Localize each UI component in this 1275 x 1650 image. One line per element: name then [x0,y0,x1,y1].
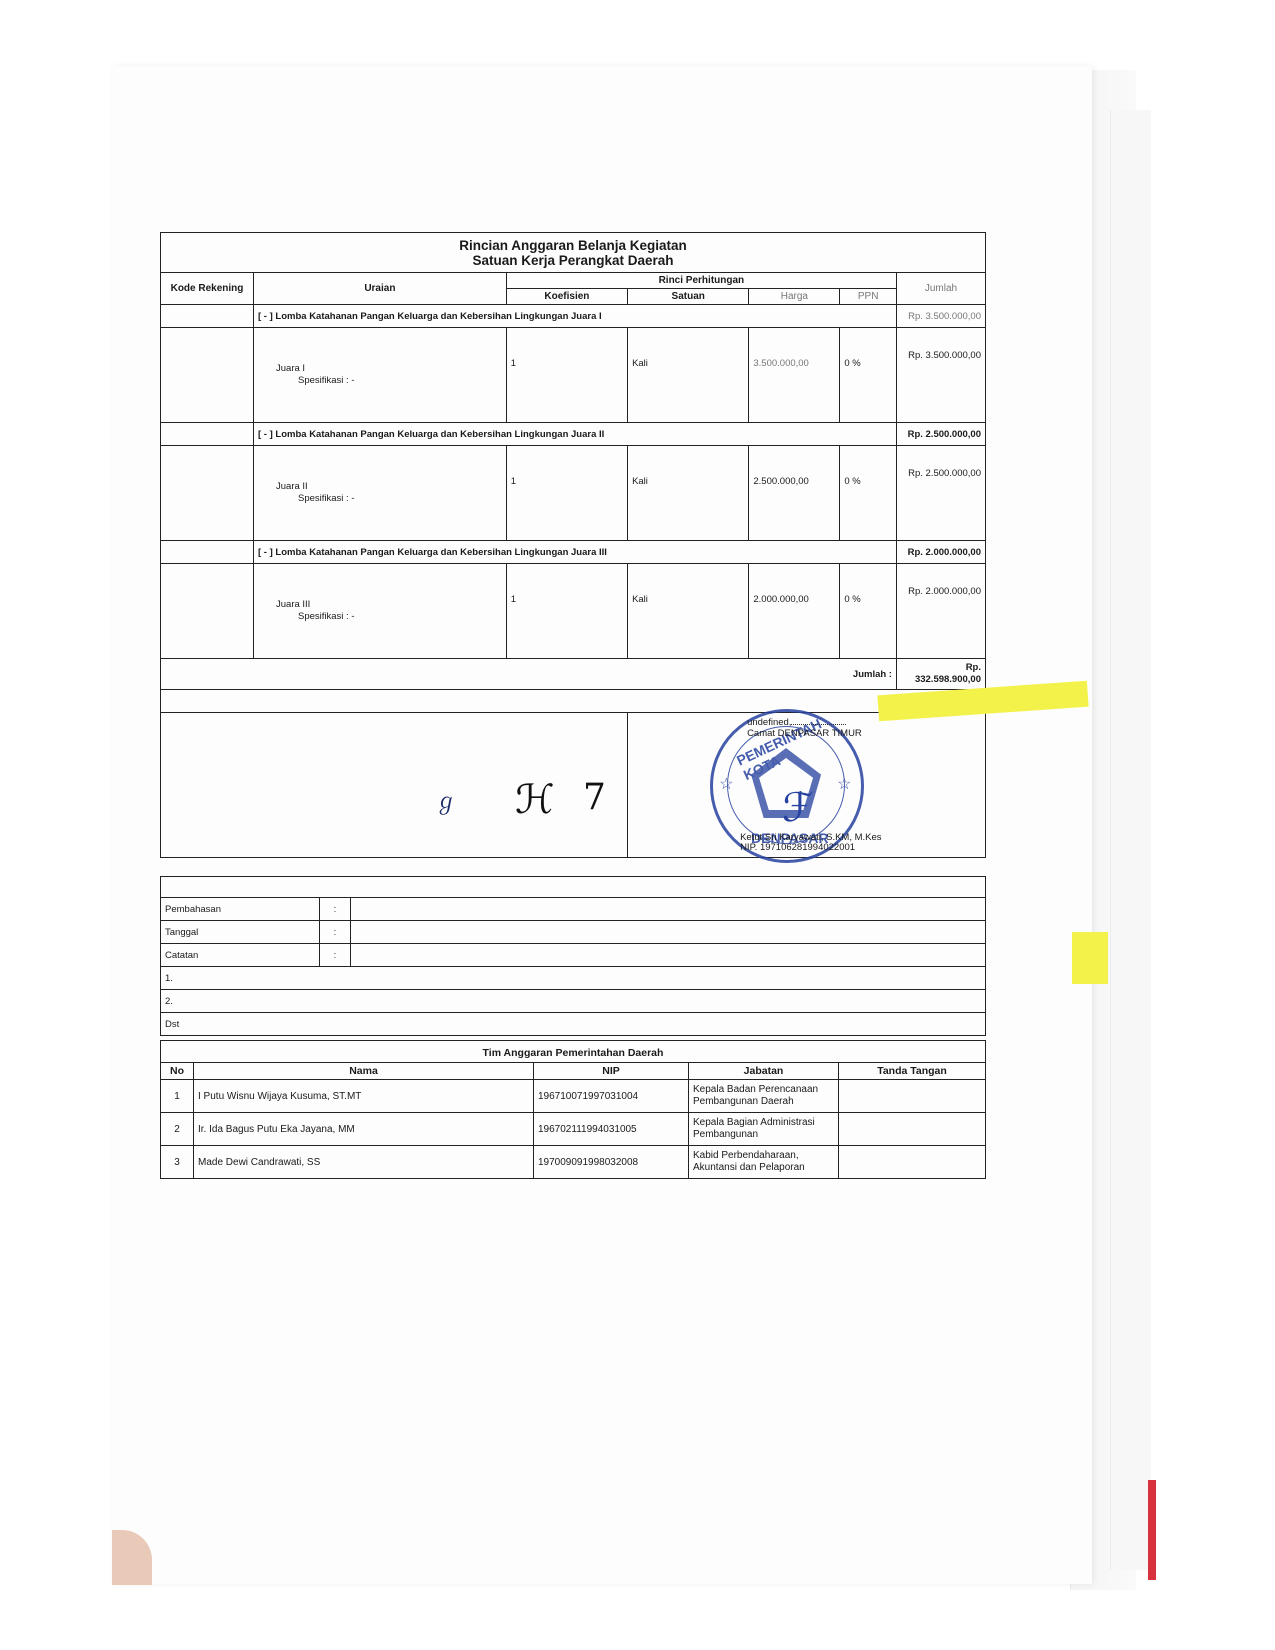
col-nip: NIP [534,1063,689,1080]
group-label: [ - ] Lomba Katahanan Pangan Keluarga da… [254,305,897,328]
item-row: Juara IIISpesifikasi : - 1 Kali 2.000.00… [161,564,986,659]
member-signature [839,1113,986,1146]
member-nip: 196710071997031004 [534,1080,689,1113]
folder-edge [1148,1480,1156,1580]
col-tanda-tangan: Tanda Tangan [839,1063,986,1080]
item-spec: Spesifikasi : - [276,493,502,505]
sticky-tab-yellow-small [1072,932,1108,984]
total-amount: 332.598.900,00 [915,674,981,685]
team-row: 3 Made Dewi Candrawati, SS 1970090919980… [161,1146,986,1179]
label-catatan: Catatan [161,944,320,967]
item-jumlah: Rp. 2.000.000,00 [896,564,985,659]
item-name: Juara I [276,363,305,374]
item-jumlah: Rp. 2.500.000,00 [896,446,985,541]
item-ppn: 0 % [840,328,897,423]
value-pembahasan [351,898,986,921]
signature-left: ℊ ℋ 7 [161,713,628,858]
col-jumlah: Jumlah [896,273,985,305]
document-title: Rincian Anggaran Belanja Kegiatan Satuan… [160,232,986,272]
signer-office: Camat DENPASAR TIMUR [747,728,862,739]
note-item: 2. [161,990,986,1013]
member-signature [839,1080,986,1113]
col-koefisien: Koefisien [506,289,627,305]
item-row: Juara ISpesifikasi : - 1 Kali 3.500.000,… [161,328,986,423]
group-amount: Rp. 2.000.000,00 [896,541,985,564]
total-value: Rp.332.598.900,00 [896,659,985,690]
notes-table: Pembahasan: Tanggal: Catatan: 1. 2. Dst [160,876,986,1036]
item-row: Juara IISpesifikasi : - 1 Kali 2.500.000… [161,446,986,541]
title-line-2: Satuan Kerja Perangkat Daerah [161,253,985,268]
item-satuan: Kali [628,328,749,423]
group-label: [ - ] Lomba Katahanan Pangan Keluarga da… [254,423,897,446]
item-harga: 3.500.000,00 [749,328,840,423]
group-amount: Rp. 3.500.000,00 [896,305,985,328]
place-date: undefined, [747,717,791,728]
notes-row: Tanggal: [161,921,986,944]
member-signature [839,1146,986,1179]
label-pembahasan: Pembahasan [161,898,320,921]
member-name: Made Dewi Candrawati, SS [194,1146,534,1179]
col-rinci-perhitungan: Rinci Perhitungan [506,273,896,289]
note-item: Dst [161,1013,986,1036]
member-no: 1 [161,1080,194,1113]
item-name: Juara II [276,481,308,492]
colon: : [320,921,351,944]
budget-document: Rincian Anggaran Belanja Kegiatan Satuan… [160,232,986,1179]
item-spec: Spesifikasi : - [276,375,502,387]
signature-row: ℊ ℋ 7 ☆ ☆ PEMERINTAH KOTA DENPASAR [161,713,986,858]
notes-row: Catatan: [161,944,986,967]
item-ppn: 0 % [840,446,897,541]
member-name: Ir. Ida Bagus Putu Eka Jayana, MM [194,1113,534,1146]
signer-nip: NIP. 197106281994022001 [740,842,855,853]
group-amount: Rp. 2.500.000,00 [896,423,985,446]
item-satuan: Kali [628,564,749,659]
star-icon: ☆ [719,774,733,794]
col-ppn: PPN [840,289,897,305]
col-no: No [161,1063,194,1080]
star-icon: ☆ [837,774,851,794]
team-row: 1 I Putu Wisnu Wijaya Kusuma, ST.MT 1967… [161,1080,986,1113]
col-nama: Nama [194,1063,534,1080]
item-ppn: 0 % [840,564,897,659]
member-name: I Putu Wisnu Wijaya Kusuma, ST.MT [194,1080,534,1113]
member-no: 3 [161,1146,194,1179]
member-nip: 196702111994031005 [534,1113,689,1146]
group-label: [ - ] Lomba Katahanan Pangan Keluarga da… [254,541,897,564]
value-tanggal [351,921,986,944]
group-row: [ - ] Lomba Katahanan Pangan Keluarga da… [161,423,986,446]
colon: : [320,944,351,967]
total-row: Jumlah : Rp.332.598.900,00 [161,659,986,690]
col-jabatan: Jabatan [689,1063,839,1080]
group-row: [ - ] Lomba Katahanan Pangan Keluarga da… [161,541,986,564]
item-spec: Spesifikasi : - [276,611,502,623]
team-row: 2 Ir. Ida Bagus Putu Eka Jayana, MM 1967… [161,1113,986,1146]
member-no: 2 [161,1113,194,1146]
notes-row: Pembahasan: [161,898,986,921]
item-name: Juara III [276,599,310,610]
signature-right: ☆ ☆ PEMERINTAH KOTA DENPASAR undefined, … [628,713,986,858]
signer-signature: ℱ [782,785,813,831]
budget-table: Kode Rekening Uraian Rinci Perhitungan J… [160,272,986,858]
member-jabatan: Kepala Badan PerencanaanPembangunan Daer… [689,1080,839,1113]
signature-header: undefined, Camat DENPASAR TIMUR [747,717,862,739]
signer-info: Ketut Sri Karyawati, S.KM, M.Kes NIP. 19… [740,833,882,853]
item-jumlah: Rp. 3.500.000,00 [896,328,985,423]
group-row: [ - ] Lomba Katahanan Pangan Keluarga da… [161,305,986,328]
paraf-1: ℊ [435,785,457,816]
value-catatan [351,944,986,967]
item-satuan: Kali [628,446,749,541]
col-kode-rekening: Kode Rekening [161,273,254,305]
item-koefisien: 1 [506,446,627,541]
paper-stack-back [1110,110,1151,1570]
item-koefisien: 1 [506,328,627,423]
note-item: 1. [161,967,986,990]
total-label: Jumlah : [161,659,897,690]
team-table: No Nama NIP Jabatan Tanda Tangan 1 I Put… [160,1062,986,1179]
member-jabatan: Kabid Perbendaharaan,Akuntansi dan Pelap… [689,1146,839,1179]
colon: : [320,898,351,921]
item-harga: 2.000.000,00 [749,564,840,659]
paraf-2: ℋ [515,777,555,823]
col-satuan: Satuan [628,289,749,305]
team-title: Tim Anggaran Pemerintahan Daerah [160,1040,986,1062]
paraf-3: 7 [583,777,606,818]
col-uraian: Uraian [254,273,507,305]
total-currency: Rp. [966,662,981,673]
item-harga: 2.500.000,00 [749,446,840,541]
item-koefisien: 1 [506,564,627,659]
col-harga: Harga [749,289,840,305]
title-line-1: Rincian Anggaran Belanja Kegiatan [161,238,985,253]
label-tanggal: Tanggal [161,921,320,944]
member-jabatan: Kepala Bagian AdministrasiPembangunan [689,1113,839,1146]
member-nip: 197009091998032008 [534,1146,689,1179]
